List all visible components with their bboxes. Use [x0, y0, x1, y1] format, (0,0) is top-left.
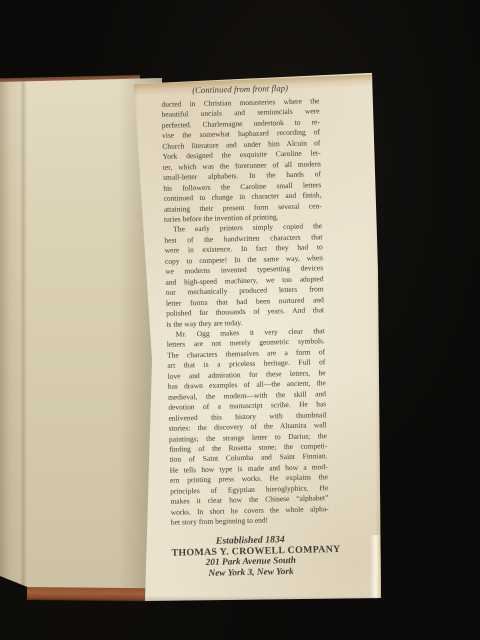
publisher-address-line2: New York 3, New York: [172, 566, 330, 581]
flap-text-line: bet story from beginning to end!: [171, 514, 329, 528]
publisher-block: Established 1834 THOMAS Y. CROWELL COMPA…: [171, 533, 330, 581]
book-cover-bottom-edge: [27, 587, 149, 601]
continued-from-front-flap-note: (Continued from front flap): [161, 82, 319, 96]
flap-text-block: (Continued from front flap) ducted in Ch…: [161, 82, 330, 580]
book-endpaper-page: [0, 76, 162, 592]
flap-bottom-shadow: [140, 596, 385, 604]
flap-paragraphs: ducted in Christian monasteries where th…: [161, 96, 329, 528]
dust-jacket-back-flap: (Continued from front flap) ducted in Ch…: [130, 70, 390, 606]
flap-paragraph: The early printers simply copied thebest…: [164, 222, 324, 330]
photo-background: (Continued from front flap) ducted in Ch…: [0, 0, 480, 640]
flap-paragraph: Mr. Ogg makes it very clear thatletters …: [167, 326, 329, 528]
flap-paragraph: ducted in Christian monasteries where th…: [161, 96, 322, 225]
flap-edge-toning-right: [375, 70, 385, 606]
flap-fold-highlight: [370, 535, 383, 605]
